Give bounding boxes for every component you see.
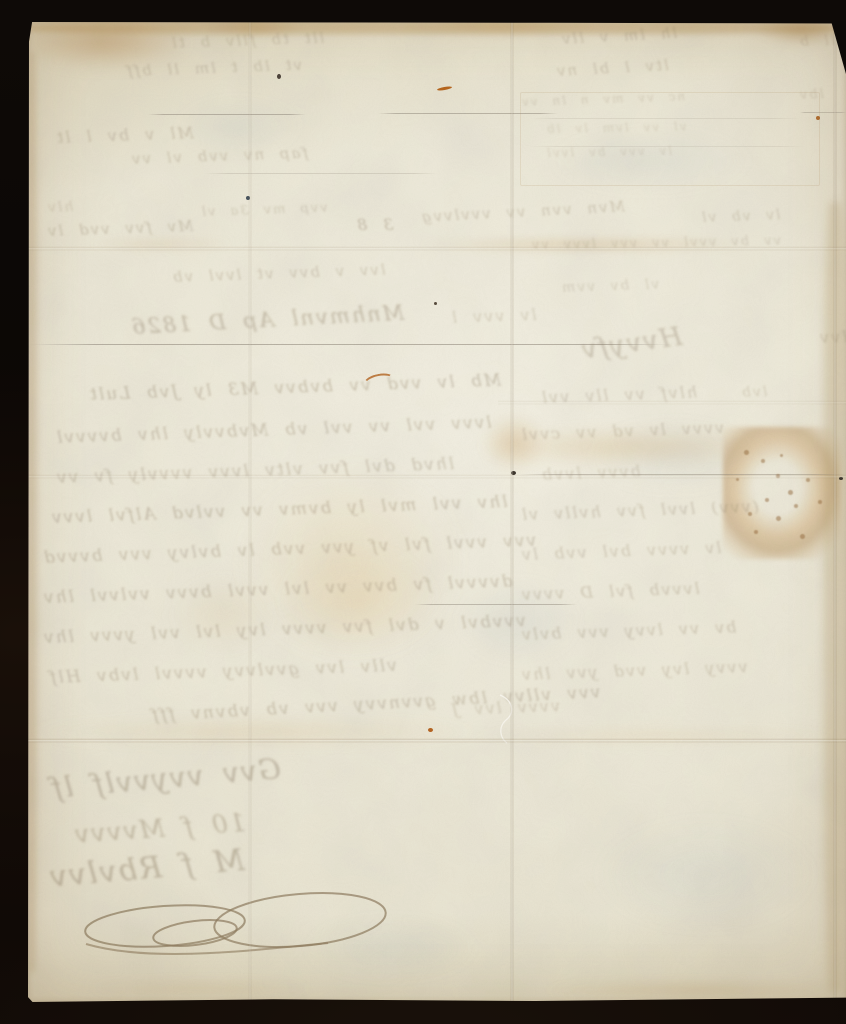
ink-bleedthrough-line: vvp mv 3a vl	[200, 201, 328, 220]
paper-tint	[176, 100, 301, 152]
mirrored-ink-text: dvvvvl fv bvv vv lvl vvvl bvvv vvlvvl lh…	[42, 572, 513, 608]
ink-bleedthrough-line: Mvn vvn vv vvvlvvg	[420, 197, 626, 226]
ink-bleedthrough-line: (vvv) lvvl fvv hvllv vl	[520, 497, 760, 524]
stain-speckle	[788, 490, 793, 495]
stain	[28, 720, 478, 744]
ink-bleedthrough-line: vvvv lvv J	[450, 696, 561, 719]
fold-crease-vertical	[248, 22, 252, 1002]
ink-speck	[839, 477, 843, 480]
ink-bleedthrough-line: M f Rbvlvv	[46, 843, 245, 895]
ink-bleedthrough-line: hlv	[46, 199, 74, 216]
fold-crease-horizontal	[28, 474, 846, 479]
stain-speckle	[776, 516, 781, 521]
ink-bleedthrough-line: vvv vllvv lbw gvvnvvy vvv vb vbvnv fff	[149, 682, 600, 726]
ink-bleedthrough-line: lbv	[798, 87, 824, 103]
mirrored-ink-text: vl bv vvm	[560, 277, 660, 296]
orange-fleck	[428, 728, 433, 732]
stray-fiber	[500, 695, 512, 743]
ink-bleedthrough-line: llt tb fllv b tl	[170, 29, 325, 52]
stain-speckle	[800, 534, 805, 539]
ruled-line	[800, 112, 846, 113]
mirrored-ink-text: vvvy lvy vvd yvv lhv	[520, 657, 748, 684]
mirrored-ink-text: lv vvv l	[450, 305, 537, 327]
mirrored-ink-text: vvp mv 3a vl	[200, 201, 328, 220]
ink-bleedthrough-line: bvvv lvvb	[540, 461, 641, 484]
ruled-line	[378, 113, 558, 114]
paper-tint	[593, 817, 818, 932]
ink-bleedthrough-line: lv vvv l	[450, 305, 537, 327]
ruled-line	[520, 474, 846, 475]
ink-bleedthrough-line: vl vv lvm lv lb	[545, 120, 687, 136]
ink-bleedthrough-line: fap nv vvb vl vv	[130, 144, 309, 168]
ink-bleedthrough-line: lv vb vl	[700, 207, 781, 226]
mirrored-ink-text: vl vv lvm lv lb	[545, 120, 687, 136]
stain-speckle	[765, 498, 769, 502]
ink-bleedthrough-line: Hvvyfv	[578, 322, 684, 366]
ink-bleedthrough-line: lvv v bvv vt lvvl vb	[171, 261, 386, 286]
orange-fleck	[816, 116, 820, 120]
stain	[723, 427, 841, 559]
ink-bleedthrough-line: Mb lv vvd vv bvbvv M3 ly Jvb Lult	[88, 371, 502, 405]
mirrored-ink-text: vvvv lv vd vv cvvl	[520, 418, 725, 444]
mirrored-ink-text: Mnhmvnl Ap D 1826	[129, 301, 404, 339]
mirrored-ink-text: lv vb vl	[700, 207, 781, 226]
mirrored-ink-text: vvvbvl v dvl fvv vvvv lvy lvl vvl yvvv l…	[42, 611, 526, 648]
ink-bleedthrough-line: nc vv mv n ln vv	[520, 89, 685, 109]
ink-bleedthrough-line: lhv vvl mvl ly bvmv vv vvlvd Alfvl lvvv	[50, 492, 508, 528]
stain	[88, 238, 233, 250]
mirrored-ink-text: Gvv vvyvvlf lf	[49, 752, 283, 805]
mirrored-ink-text: lh lm v llv	[560, 24, 678, 48]
mirrored-ink-text: Mvn vvn vv vvvlvvg	[420, 197, 626, 226]
stain	[243, 467, 458, 657]
mirrored-ink-text: lvvvb fvl D vvvv	[520, 579, 700, 604]
stain-speckle	[744, 450, 749, 455]
stain-speckle	[776, 474, 780, 478]
ruled-line	[530, 118, 800, 119]
mirrored-ink-text: vvv vvvl fvl vf yvv vvb lv bvlvy vvv bvv…	[42, 531, 537, 568]
stain	[28, 52, 37, 972]
fold-crease-vertical	[833, 22, 837, 1002]
stain	[478, 427, 778, 467]
ink-bleedthrough-line: Ml v bv l lt	[55, 123, 194, 147]
stain-speckle	[761, 459, 765, 463]
stain	[28, 22, 846, 34]
fold-crease-horizontal	[28, 246, 846, 251]
mirrored-ink-text: hlvf vv llv vvl	[540, 383, 698, 407]
mirrored-ink-text: bv vv lvvy vvv bvlv	[520, 617, 737, 644]
ink-bleedthrough-line: Mv fvv vvd lv	[46, 217, 194, 240]
signature-flourish	[152, 916, 238, 950]
mirrored-ink-text: vt lb t lm ll bff	[125, 56, 303, 80]
ink-bleedthrough-line: vvv vvvl fvl vf yvv vvb lv bvlvy vvv bvv…	[42, 531, 537, 568]
orange-fleck	[437, 86, 452, 92]
fold-crease-horizontal	[498, 400, 846, 405]
mirrored-ink-text: fap nv vvb vl vv	[130, 144, 309, 168]
ink-overlay	[28, 22, 846, 1002]
ink-bleedthrough-line: lv vvv bv lvvl	[545, 144, 672, 160]
mirrored-ink-text: lhvd dvl fvv vltv lvvv vvvvly fv vv	[55, 454, 455, 488]
paper-grain-fine	[28, 22, 846, 1002]
mirrored-ink-text: lbv	[798, 87, 824, 103]
stain-speckle	[818, 500, 822, 504]
stain-speckle	[780, 454, 783, 457]
ink-bleedthrough-line: vvvv lv vd vv cvvl	[520, 418, 725, 444]
mirrored-ink-text: vvv vllvv lbw gvvnvvy vvv vb vbvnv fff	[149, 682, 600, 726]
mirrored-ink-text: bvvv lvvb	[540, 461, 641, 484]
document-page: llt tb fllv b tllh lm v llvtll bvt lb t …	[28, 22, 846, 1002]
mirrored-ink-text: M f Rbvlvv	[46, 843, 245, 895]
paper-tint	[588, 420, 758, 492]
stain	[824, 202, 846, 992]
ink-bleedthrough-line: 3 8	[355, 215, 393, 234]
stain	[543, 982, 846, 998]
signature-flourish-tail	[86, 943, 328, 954]
mirrored-ink-text: vvvv lvv J	[450, 696, 561, 719]
mirrored-ink-text: Mv fvv vvd lv	[46, 217, 194, 240]
ink-bleedthrough-line: hlvf vv llv vvl	[540, 383, 698, 407]
stain	[468, 728, 846, 743]
ink-bleedthrough-line: lvvvb fvl D vvvv	[520, 579, 700, 604]
mirrored-ink-text: 3 8	[355, 215, 393, 234]
ink-bleedthrough-line: Hvv	[818, 327, 846, 347]
ink-speck	[277, 74, 281, 79]
mirrored-ink-text: Hvvyfv	[578, 322, 684, 366]
ink-bleedthrough-line: lh lm v llv	[560, 24, 678, 48]
mirrored-ink-text: (vvv) lvvl fvv hvllv vl	[520, 497, 760, 524]
mirrored-ink-text: ltv l bl nv	[555, 56, 670, 80]
mirrored-ink-text: hlv	[46, 199, 74, 216]
mirrored-ink-text: Hvv	[818, 327, 846, 347]
stain	[176, 578, 271, 650]
fold-crease-vertical	[510, 22, 514, 1002]
mirrored-ink-text: lvv v bvv vt lvvl vb	[171, 261, 386, 286]
paper-sheen	[28, 22, 846, 1002]
mirrored-ink-text: lhv vvl mvl ly bvmv vv vvlvd Alfvl lvvv	[50, 492, 508, 528]
stain-speckle	[794, 504, 798, 508]
ink-bleedthrough-line: dvvvvl fv bvv vv lvl vvvl bvvv vvlvvl lh…	[42, 572, 513, 608]
ink-bleedthrough-line: vllv lvv gvvlvvy vvvvl lvbv Hlf	[48, 656, 398, 688]
stain	[418, 236, 748, 253]
orange-arc-mark	[362, 371, 397, 393]
mirrored-ink-text: lv vvvv bvl vvb lv	[520, 538, 722, 564]
ink-bleedthrough-line: lhvd dvl fvv vltv lvvv vvvvly fv vv	[55, 454, 455, 488]
paper-tint	[548, 130, 753, 192]
ink-bleedthrough-line: ltv l bl nv	[555, 56, 670, 80]
paper-crumple-shading	[28, 22, 846, 1002]
mirrored-ink-text: lvb	[740, 384, 768, 401]
signature-flourish	[212, 887, 388, 954]
mirrored-ink-text: Ml v bv l lt	[55, 123, 194, 147]
ink-speck	[434, 302, 437, 305]
ink-bleedthrough-line: vv bv vvvl vv vvv lvvv vv	[530, 234, 781, 253]
mirrored-ink-text: nc vv mv n ln vv	[520, 89, 685, 109]
ruled-line	[30, 344, 670, 345]
ink-speck	[511, 471, 516, 475]
ruled-line	[205, 173, 437, 174]
mirrored-ink-text: vllv lvv gvvlvvy vvvvl lvbv Hlf	[48, 656, 398, 688]
ink-bleedthrough-line: vl bv vvm	[560, 277, 660, 296]
ink-bleedthrough-line: 10 f Mvvvv	[72, 808, 247, 849]
ink-bleedthrough-line: lv vvvv bvl vvb lv	[520, 538, 722, 564]
paper-tint	[303, 917, 478, 979]
ink-bleedthrough-line: bv vv lvvy vvv bvlv	[520, 617, 737, 644]
stain	[483, 414, 545, 472]
ink-bleedthrough-line: Mnhmvnl Ap D 1826	[129, 301, 404, 339]
ink-bleedthrough-line: lvvv vvl vv vvl vb Mvbvvly lhv bvvvvl	[55, 413, 492, 448]
table-impression-box	[520, 92, 820, 186]
stain	[283, 550, 433, 650]
mirrored-ink-text: lv vvv bv lvvl	[545, 144, 672, 160]
stain-speckle	[754, 530, 758, 534]
ink-bleedthrough-line: vt lb t lm ll bff	[125, 56, 303, 80]
mirrored-ink-text: vv bv vvvl vv vvv lvvv vv	[530, 234, 781, 253]
ink-bleedthrough-line: vvvy lvy vvd yvv lhv	[520, 657, 748, 684]
paper-tint	[456, 578, 581, 663]
scan-canvas: llt tb fllv b tllh lm v llvtll bvt lb t …	[0, 0, 846, 1024]
ink-bleedthrough-line: lvb	[740, 384, 768, 401]
ruled-line	[530, 146, 806, 147]
stain-speckle	[748, 512, 752, 516]
ruled-line	[148, 114, 306, 115]
ink-speck	[246, 196, 250, 200]
mirrored-ink-text: Mb lv vvd vv bvbvv M3 ly Jvb Lult	[88, 371, 502, 405]
mirrored-ink-text: llt tb fllv b tl	[170, 29, 325, 52]
stain	[88, 980, 313, 996]
fold-crease-horizontal	[28, 738, 846, 743]
ruled-line	[415, 604, 577, 605]
signature-flourish	[84, 900, 246, 951]
mirrored-ink-text: 10 f Mvvvv	[72, 808, 247, 849]
stain-speckle	[736, 478, 739, 481]
ink-bleedthrough-line: Gvv vvyvvlf lf	[49, 752, 283, 805]
stain	[18, 14, 188, 69]
ink-bleedthrough-line: vvvbvl v dvl fvv vvvv lvy lvl vvl yvvv l…	[42, 611, 526, 648]
mirrored-ink-text: lvvv vvl vv vvl vb Mvbvvly lhv bvvvvl	[55, 413, 492, 448]
stain-speckle	[806, 478, 810, 482]
